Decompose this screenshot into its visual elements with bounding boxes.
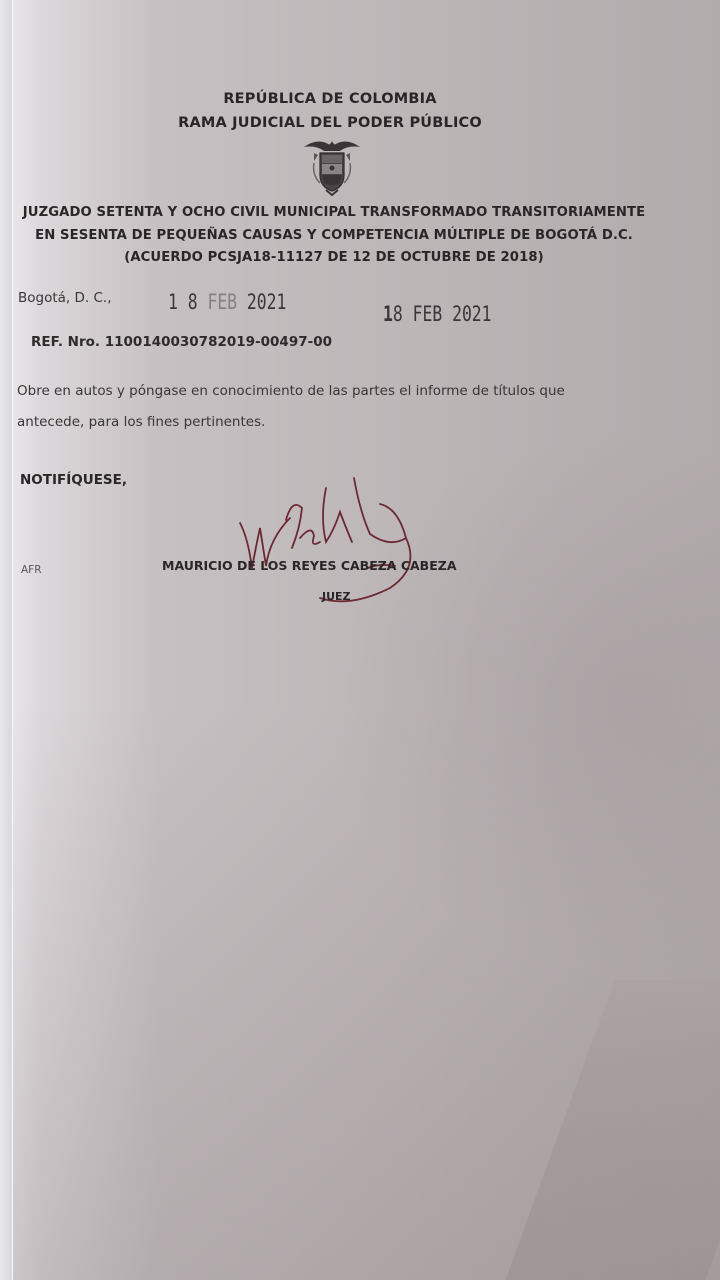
date-stamp-2: 18 FEB 2021	[383, 302, 492, 326]
document-page: REPÚBLICA DE COLOMBIA RAMA JUDICIAL DEL …	[0, 0, 720, 1280]
reference-number: REF. Nro. 1100140030782019-00497-00	[31, 334, 332, 350]
paper-shadow	[505, 980, 720, 1280]
body-line-1: Obre en autos y póngase en conocimiento …	[17, 383, 657, 399]
body-line-2: antecede, para los fines pertinentes.	[17, 414, 657, 430]
stamp-month: FEB	[207, 290, 237, 314]
colombia-coat-of-arms-icon	[300, 135, 364, 197]
court-agreement: (ACUERDO PCSJA18-11127 DE 12 DE OCTUBRE …	[14, 250, 654, 265]
stamp-month: FEB	[413, 302, 443, 326]
stamp-day-prefix: 1	[383, 302, 393, 326]
place-label: Bogotá, D. C.,	[18, 290, 112, 306]
stamp-year: 2021	[247, 290, 286, 314]
court-name-line-2: EN SESENTA DE PEQUEÑAS CAUSAS Y COMPETEN…	[14, 228, 654, 243]
stamp-year: 2021	[452, 302, 491, 326]
initials: AFR	[21, 564, 42, 576]
paper-edge	[0, 0, 13, 1280]
signatory-role: JUEZ	[322, 590, 351, 603]
header-judicial-branch: RAMA JUDICIAL DEL PODER PÚBLICO	[150, 115, 510, 131]
stamp-day: 8	[393, 302, 403, 326]
header-republic: REPÚBLICA DE COLOMBIA	[150, 91, 510, 107]
date-stamp-1: 1 8 FEB 2021	[168, 290, 286, 314]
judge-signature	[230, 468, 430, 608]
signatory-name: MAURICIO DE LOS REYES CABEZA CABEZA	[162, 558, 457, 573]
court-name-line-1: JUZGADO SETENTA Y OCHO CIVIL MUNICIPAL T…	[14, 205, 654, 220]
stamp-day: 1 8	[168, 290, 198, 314]
closing-notify: NOTIFÍQUESE,	[20, 472, 127, 488]
